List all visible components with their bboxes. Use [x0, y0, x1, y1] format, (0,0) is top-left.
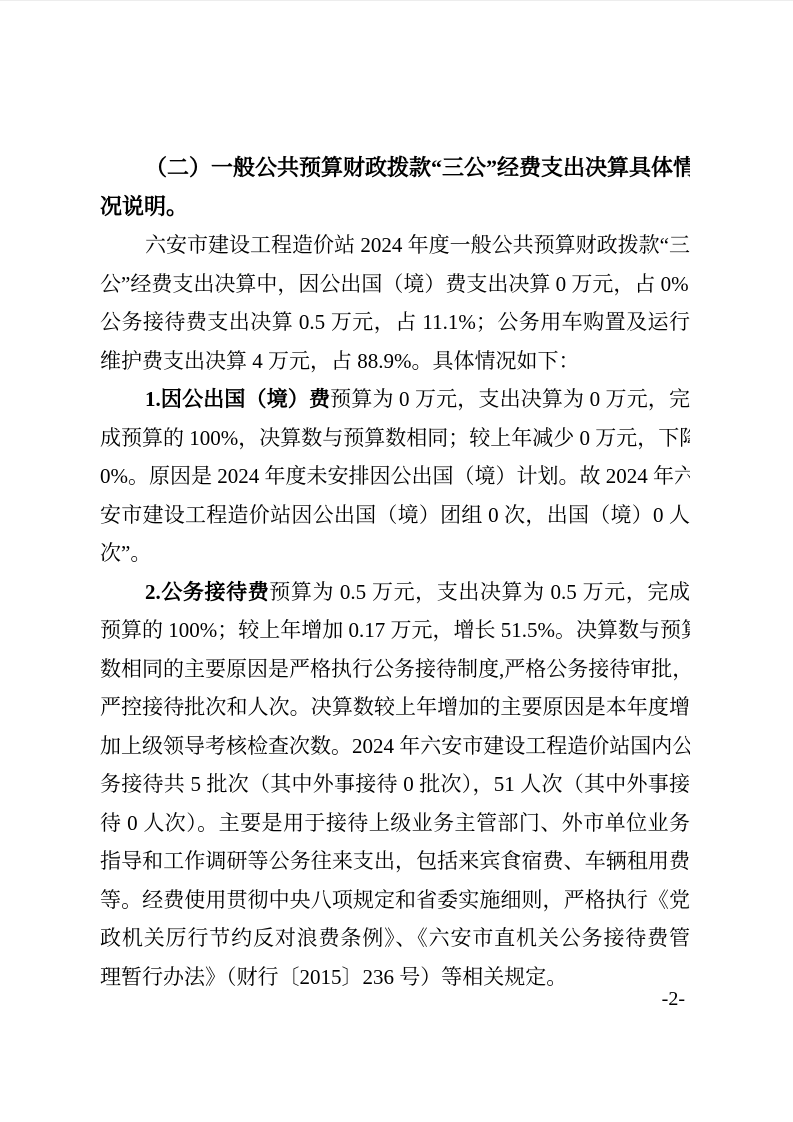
reception-section-line: 严控接待批次和人次。决算数较上年增加的主要原因是本年度增: [100, 688, 690, 727]
intro-paragraph-line: 六安市建设工程造价站 2024 年度一般公共预算财政拨款“三: [100, 226, 690, 265]
overseas-section-text: 预算为 0 万元，支出决算为 0 万元，完: [330, 387, 690, 411]
reception-section-line: 加上级领导考核检查次数。2024 年六安市建设工程造价站国内公: [100, 727, 690, 766]
page-number: -2-: [662, 987, 685, 1011]
reception-section-line: 务接待共 5 批次（其中外事接待 0 批次），51 人次（其中外事接: [100, 765, 690, 804]
section-heading-line-1: （二）一般公共预算财政拨款“三公”经费支出决算具体情: [100, 149, 690, 188]
overseas-section-line: 成预算的 100%，决算数与预算数相同；较上年减少 0 万元，下降: [100, 419, 690, 458]
reception-section-line: 数相同的主要原因是严格执行公务接待制度,严格公务接待审批，: [100, 650, 690, 689]
intro-paragraph-line: 公”经费支出决算中，因公出国（境）费支出决算 0 万元，占 0%；: [100, 265, 690, 304]
overseas-section-label: 1.因公出国（境）费: [145, 387, 330, 411]
intro-paragraph-line: 公务接待费支出决算 0.5 万元，占 11.1%；公务用车购置及运行: [100, 303, 690, 342]
reception-section-first-line: 2.公务接待费预算为 0.5 万元，支出决算为 0.5 万元，完成: [100, 573, 690, 612]
intro-paragraph-line: 维护费支出决算 4 万元，占 88.9%。具体情况如下：: [100, 342, 690, 381]
reception-section-line: 等。经费使用贯彻中央八项规定和省委实施细则，严格执行《党: [100, 881, 690, 920]
overseas-section-line: 0%。原因是 2024 年度未安排因公出国（境）计划。故 2024 年六: [100, 457, 690, 496]
reception-section-line: 政机关厉行节约反对浪费条例》、《六安市直机关公务接待费管: [100, 919, 690, 958]
reception-section-text: 预算为 0.5 万元，支出决算为 0.5 万元，完成: [269, 580, 690, 604]
reception-section-line: 待 0 人次）。主要是用于接待上级业务主管部门、外市单位业务: [100, 804, 690, 843]
overseas-section-line: 安市建设工程造价站因公出国（境）团组 0 次，出国（境）0 人: [100, 496, 690, 535]
document-page: （二）一般公共预算财政拨款“三公”经费支出决算具体情 况说明。 六安市建设工程造…: [0, 0, 793, 1122]
overseas-section-first-line: 1.因公出国（境）费预算为 0 万元，支出决算为 0 万元，完: [100, 380, 690, 419]
reception-section-label: 2.公务接待费: [145, 580, 269, 604]
reception-section-line: 理暂行办法》（财行〔2015〕236 号）等相关规定。: [100, 958, 690, 997]
reception-section-line: 指导和工作调研等公务往来支出，包括来宾食宿费、车辆租用费: [100, 842, 690, 881]
section-heading-line-2: 况说明。: [100, 188, 690, 227]
overseas-section-line: 次”。: [100, 534, 690, 573]
reception-section-line: 预算的 100%；较上年增加 0.17 万元，增长 51.5%。决算数与预算: [100, 611, 690, 650]
document-content: （二）一般公共预算财政拨款“三公”经费支出决算具体情 况说明。 六安市建设工程造…: [100, 149, 690, 996]
